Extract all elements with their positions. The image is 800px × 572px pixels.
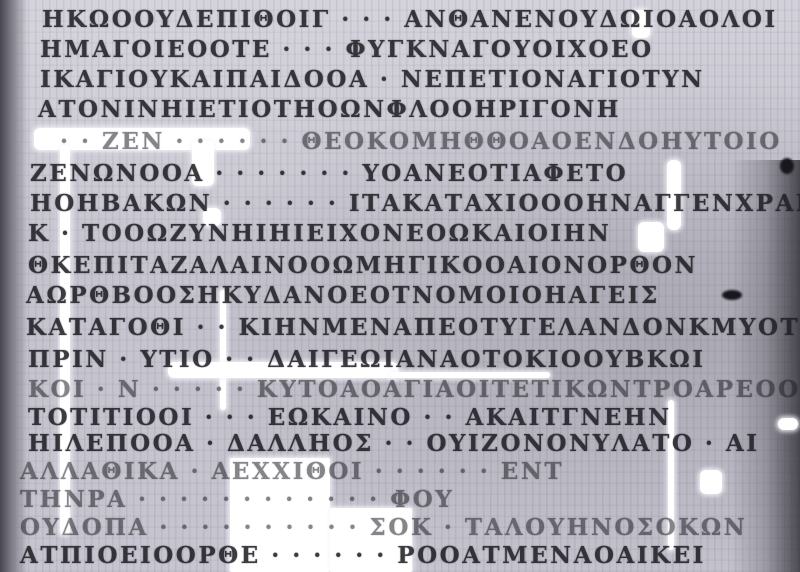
lacuna-right-edge <box>778 418 798 430</box>
manuscript-line-2: ΗΜΑΓΟΙΕΟΟΤΕ · · · ΦΥΓΚΝΑΓΟΥΟΙΧΟΕΟ <box>40 36 654 63</box>
manuscript-line-9: ΘΚΕΠΙΤΑΖΑΛΑΙΝΟΟΩΜΗΓΙΚΟΟΑΙΟΝΟΡΘΟΝ <box>28 252 698 279</box>
lacuna-right-mid <box>638 222 664 252</box>
papyrus-fragment-photo: ΗΚΩΟΟΥΔΕΠΙΘΟΙΓ · · · ΑΝΘΑΝΕΝΟΥΔΩΙΟΑΟΛΟΙ … <box>0 0 800 572</box>
dark-right-edge <box>730 160 800 572</box>
ink-blot-right <box>780 158 794 174</box>
manuscript-line-5: · · ΖΕΝ · · · · · · ΘΕΟΚΟΜΗΘΘΟΑΟΕΝΔΟΗΥΤΟ… <box>60 128 782 155</box>
manuscript-line-1: ΗΚΩΟΟΥΔΕΠΙΘΟΙΓ · · · ΑΝΘΑΝΕΝΟΥΔΩΙΟΑΟΛΟΙ <box>42 6 778 33</box>
manuscript-line-12: ΠΡΙΝ · ΥΤΙΟ · · ΔΑΙΓΕΩΙΑΝΑΟΤΟΚΙΟΟΥΒΚΩΙ <box>28 346 706 373</box>
ink-blot-lower-right <box>722 290 742 300</box>
manuscript-line-10: ΑΩΡΘΒΟΟΣΗΚΥΔΑΝΟΕΟΤΝΟΜΟΙΟΗΑΓΕΙΣ <box>26 282 660 309</box>
manuscript-line-15: ΗΙΛΕΠΟΟΑ · ΔΑΛΛΗΟΣ · · ΟΥΙΖΟΝΟΝΥΛΑΤΟ · Α… <box>28 430 759 457</box>
manuscript-line-8: Κ · ΤΟΟΩΖΥΝΗΙΗΙΕΙΧΟΝΕΟΩΚΑΙΟΙΗΝ <box>28 220 611 247</box>
manuscript-line-19: ΑΤΠΙΟΕΙΟΟΡΘΕ · · · · · · ΡΟΟΑΤΜΕΝΑΟΑΙΚΕΙ <box>20 542 706 569</box>
manuscript-line-13: ΚΟΙ · Ν · · · · · ΚΥΤΟΑΟΑΓΙΑΟΙΤΕΤΙΚΩΝΤΡΟ… <box>28 376 800 403</box>
manuscript-line-7: ΗΟΗΒΑΚΩΝ · · · · · · ΙΤΑΚΑΤΑΧΙΟΟΟΗΝΑΓΓΕΝ… <box>30 190 800 217</box>
manuscript-line-14: ΤΟΤΙΤΙΟΟΙ · · · ΕΩΚΑΙΝΟ · · ΑΚΑΙΤΓΝΕΗΝ <box>28 404 672 431</box>
lacuna-right-low <box>700 470 722 494</box>
manuscript-line-3: ΙΚΑΓΙΟΥΚΑΙΠΑΙΔΟΟΑ · ΝΕΠΕΤΙΟΝΑΓΙΟΤΥΝ <box>40 66 705 93</box>
manuscript-line-4: ΑΤΟΝΙΝΗΙΕΤΙΟΤΗΟΩΝΦΛΟΟΗΡΙΓΟΝΗ <box>38 96 621 123</box>
manuscript-line-18: ΟΥΔΟΠΑ · · · · · · · · · · ΣΟΚ · ΤΑΛΟΥΗΝ… <box>20 514 747 541</box>
manuscript-line-11: ΚΑΤΑΓΟΘΙ · · ΚΙΗΝΜΕΝΑΠΕΟΤΥΓΕΛΑΝΔΟΝΚΜΥΟΤΙ <box>26 314 800 341</box>
manuscript-line-17: ΤΗΝΡΑ · · · · · · · · · · · · ΦΟΥ <box>20 486 454 513</box>
manuscript-line-16: ΑΛΛΑΘΙΚΑ · ΑΕΧΧΙΘΟΙ · · · · · · ΕΝΤ <box>20 458 564 485</box>
manuscript-line-6: ΖΕΝΩΝΟΟΑ · · · · · · · ΥΟΑΝΕΟΤΙΑΦΕΤΟ <box>30 160 628 187</box>
